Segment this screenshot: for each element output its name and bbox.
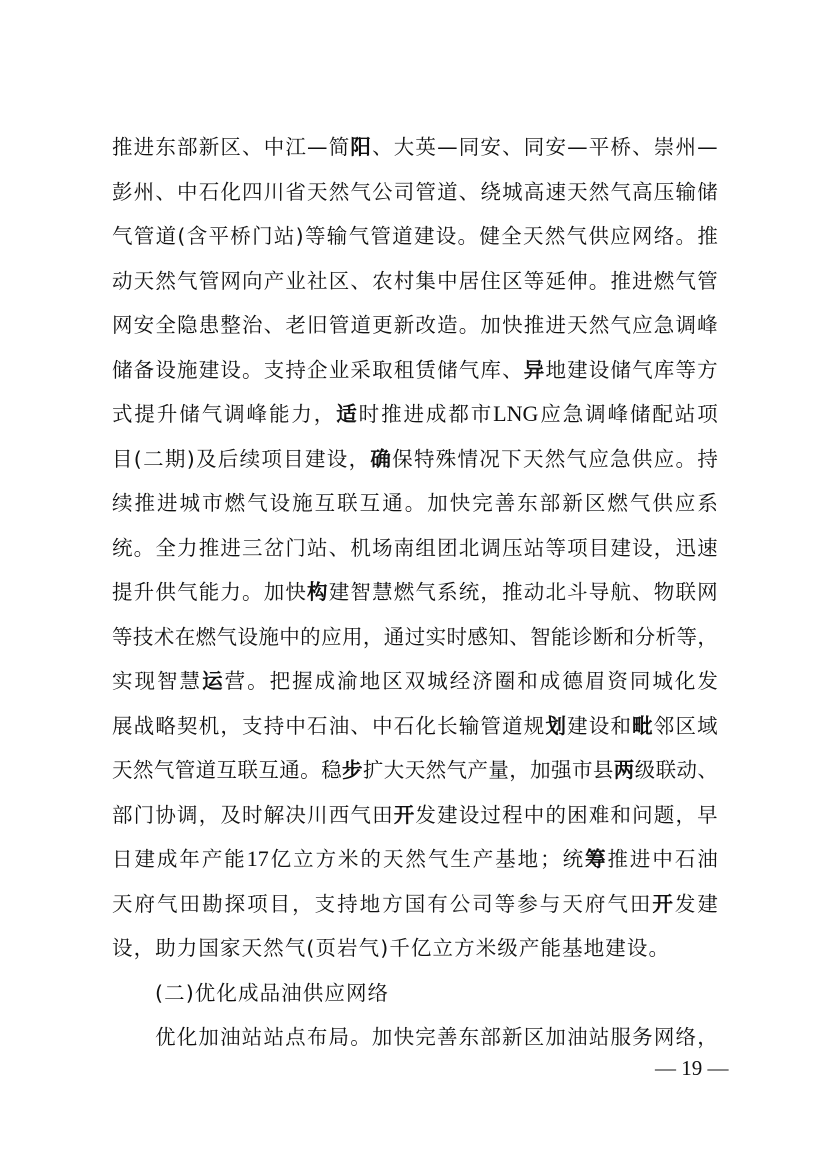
text-char: 天: [307, 176, 328, 208]
text-char: 目: [112, 443, 133, 475]
text-char: 设: [155, 354, 176, 386]
text-char: 输: [327, 220, 348, 252]
emphasis-char: 筹: [585, 843, 606, 875]
text-char: 。: [134, 532, 155, 564]
text-char: 慧: [180, 665, 201, 697]
text-char: 油: [567, 1021, 588, 1053]
text-char: 设: [270, 487, 291, 519]
text-char: 区: [382, 665, 403, 697]
text-char: 进: [630, 843, 651, 875]
text-char: 能: [551, 621, 572, 653]
text-char: 供: [155, 576, 176, 608]
text-line: 展战略契机，支持中石油、中石化长输管道规划建设和毗邻区域: [112, 710, 718, 755]
text-char: 。: [458, 220, 479, 252]
text-char: 燃: [196, 621, 217, 653]
text-char: 东: [517, 487, 538, 519]
text-char: 析: [656, 621, 677, 653]
text-char: 建: [305, 443, 326, 475]
text-char: ，: [697, 1021, 718, 1053]
text-char: 过: [480, 799, 501, 831]
text-char: 储: [112, 354, 133, 386]
text-char: 区: [220, 131, 241, 163]
text-char: 网: [112, 309, 133, 341]
text-char: 圈: [495, 665, 516, 697]
text-char: 等: [112, 621, 133, 653]
text-char: 地: [360, 888, 381, 920]
text-char: 天: [242, 932, 263, 964]
text-char: 燃: [394, 576, 415, 608]
text-char: 居: [459, 265, 480, 297]
text-char: 情: [458, 443, 479, 475]
text-char: 储: [610, 354, 631, 386]
text-char: 进: [220, 532, 241, 564]
text-char: 气: [350, 176, 371, 208]
emphasis-char: 运: [202, 665, 223, 697]
text-char: 济: [472, 665, 493, 697]
text-char: 管: [480, 710, 501, 742]
text-char: 慧: [372, 576, 393, 608]
text-char: 成: [540, 665, 561, 697]
text-char: 含: [187, 220, 208, 252]
text-char: 中: [177, 176, 198, 208]
text-char: 。: [589, 265, 610, 297]
text-char: 时: [359, 398, 380, 430]
text-char: 东: [459, 1021, 480, 1053]
text-char: 推: [697, 220, 718, 252]
text-char: ): [296, 220, 304, 252]
text-char: 团: [437, 532, 458, 564]
text-char: ，: [654, 532, 675, 564]
text-char: 、: [502, 354, 523, 386]
text-char: 建: [199, 354, 220, 386]
text-char: 、: [264, 309, 285, 341]
text-char: 库: [480, 354, 501, 386]
text-char: 峰: [247, 398, 268, 430]
text-char: 后: [218, 443, 239, 475]
text-char: 及: [220, 799, 241, 831]
text-char: 业: [285, 265, 306, 297]
text-char: 完: [472, 487, 493, 519]
text-char: 提: [134, 398, 155, 430]
text-char: 司: [394, 176, 415, 208]
text-char: 略: [155, 710, 176, 742]
text-char: 伸: [567, 265, 588, 297]
text-char: 二: [164, 977, 185, 1009]
text-char: 产: [202, 843, 223, 875]
text-char: 气: [610, 309, 631, 341]
body-text: 推进东部新区、中江—简阳、大英—同安、同安—平桥、崇州—彭州、中石化四川省天然气…: [112, 131, 718, 1066]
text-char: 取: [372, 354, 393, 386]
text-char: 感: [467, 621, 488, 653]
text-char: 项: [247, 888, 268, 920]
text-char: 油: [697, 843, 718, 875]
text-char: 络: [368, 977, 389, 1009]
text-char: ，: [199, 799, 220, 831]
text-char: 用: [342, 621, 363, 653]
text-char: 的: [545, 799, 566, 831]
text-char: 。: [350, 1021, 371, 1053]
text-char: 农: [372, 265, 393, 297]
text-char: 推: [610, 265, 631, 297]
text-char: 题: [654, 799, 675, 831]
text-char: 米: [338, 843, 359, 875]
text-char: 公: [450, 888, 471, 920]
text-char: 调: [675, 309, 696, 341]
emphasis-char: 两: [614, 754, 635, 786]
text-char: 安: [134, 309, 155, 341]
text-line: 目(二期)及后续项目建设，确保特殊情况下天然气应急供应。持: [112, 443, 718, 488]
text-char: 燃: [607, 487, 628, 519]
text-char: 联: [656, 754, 677, 786]
text-char: 参: [517, 888, 538, 920]
text-char: 租: [394, 354, 415, 386]
text-char: 迅: [675, 532, 696, 564]
text-char: ，: [480, 576, 501, 608]
text-char: 新: [562, 487, 583, 519]
text-char: 、: [697, 754, 718, 786]
text-char: 新: [394, 309, 415, 341]
text-char: ，: [697, 621, 718, 653]
emphasis-char: 异: [524, 354, 545, 386]
text-char: 智: [530, 621, 551, 653]
text-line: 气管道(含平桥门站)等输气管道建设。健全天然气供应网络。推: [112, 220, 718, 265]
text-char: 优: [195, 977, 216, 1009]
text-char: 、: [329, 532, 350, 564]
text-char: 场: [372, 532, 393, 564]
text-char: 成: [238, 977, 259, 1009]
text-char: 设: [112, 932, 133, 964]
text-char: 过: [405, 621, 426, 653]
text-char: 。: [300, 754, 321, 786]
text-char: 备: [134, 354, 155, 386]
text-char: 德: [562, 665, 583, 697]
text-char: 府: [585, 888, 606, 920]
text-char: 。: [676, 220, 697, 252]
text-char: 动: [524, 576, 545, 608]
text-char: 气: [247, 487, 268, 519]
text-char: 目: [589, 532, 610, 564]
text-char: 络: [676, 1021, 697, 1053]
text-char: 应: [321, 621, 342, 653]
text-char: 设: [459, 799, 480, 831]
text-char: 彭: [112, 176, 133, 208]
text-char: 通: [382, 487, 403, 519]
text-char: 互: [258, 754, 279, 786]
text-line: 储备设施建设。支持企业采取租赁储气库、异地建设储气库等方: [112, 354, 718, 399]
text-char: 全: [155, 309, 176, 341]
text-char: 平: [589, 131, 610, 163]
text-char: 应: [588, 443, 609, 475]
text-char: 快: [394, 1021, 415, 1053]
text-char: 况: [479, 443, 500, 475]
text-char: 、: [372, 131, 393, 163]
text-char: 油: [281, 977, 302, 1009]
text-char: 契: [177, 710, 198, 742]
text-char: 站: [307, 532, 328, 564]
text-char: 天: [523, 443, 544, 475]
text-char: 施: [258, 621, 279, 653]
text-char: 生: [450, 843, 471, 875]
text-run: LNG: [493, 398, 538, 430]
emphasis-char: 步: [342, 754, 363, 786]
text-char: 通: [279, 754, 300, 786]
text-char: 造: [437, 309, 458, 341]
text-char: 和: [614, 621, 635, 653]
text-char: 安: [480, 131, 501, 163]
text-char: 设: [237, 621, 258, 653]
text-char: 公: [372, 176, 393, 208]
text-char: 支: [315, 888, 336, 920]
text-char: 力: [291, 398, 312, 430]
emphasis-char: 开: [394, 799, 415, 831]
text-char: 持: [264, 710, 285, 742]
text-char: 西: [329, 799, 350, 831]
text-char: 升: [134, 576, 155, 608]
text-char: 、: [632, 131, 653, 163]
text-char: 更: [372, 309, 393, 341]
text-char: 天: [405, 754, 426, 786]
text-char: 、: [242, 131, 263, 163]
text-char: 基: [562, 932, 583, 964]
text-char: ): [187, 443, 195, 475]
text-char: 统: [563, 843, 584, 875]
text-line: 天然气管道互联互通。稳步扩大天然气产量，加强市县两级联动、: [112, 754, 718, 799]
text-char: 设: [589, 354, 610, 386]
text-char: 天: [567, 176, 588, 208]
text-char: 布: [307, 1021, 328, 1053]
text-char: ，: [349, 443, 370, 475]
text-char: 然: [589, 176, 610, 208]
text-char: 续: [240, 443, 261, 475]
text-char: 部: [112, 799, 133, 831]
text-char: 气: [630, 487, 651, 519]
text-char: 石: [675, 843, 696, 875]
text-char: 同: [459, 131, 480, 163]
text-char: 。: [459, 309, 480, 341]
text-char: 天: [134, 265, 155, 297]
text-char: 推: [607, 843, 628, 875]
text-char: 四: [242, 176, 263, 208]
text-char: 展: [112, 710, 133, 742]
text-char: 治: [242, 309, 263, 341]
text-char: 方: [454, 932, 475, 964]
text-char: 气: [154, 754, 175, 786]
text-char: 智: [157, 665, 178, 697]
text-char: 网: [654, 1021, 675, 1053]
text-char: 高: [632, 176, 653, 208]
text-char: 实: [112, 665, 133, 697]
text-char: 府: [135, 888, 156, 920]
text-char: 方: [697, 354, 718, 386]
text-char: 然: [545, 443, 566, 475]
text-char: 在: [175, 621, 196, 653]
text-char: 的: [300, 621, 321, 653]
text-char: 配: [652, 398, 673, 430]
text-char: 石: [394, 710, 415, 742]
text-char: 门: [285, 532, 306, 564]
text-char: 供: [632, 443, 653, 475]
text-char: 同: [524, 131, 545, 163]
text-char: 田: [372, 799, 393, 831]
text-char: 地: [360, 665, 381, 697]
text-line: 网安全隐患整治、老旧管道更新改造。加快推进天然气应急调峰: [112, 309, 718, 354]
text-char: 眉: [585, 665, 606, 697]
text-char: 气: [567, 220, 588, 252]
text-char: 渝: [337, 665, 358, 697]
text-char: 力: [177, 532, 198, 564]
text-char: 新: [502, 1021, 523, 1053]
text-char: 强: [551, 754, 572, 786]
text-char: 加: [427, 487, 448, 519]
text-char: 区: [585, 487, 606, 519]
text-char: 点: [285, 1021, 306, 1053]
text-char: 老: [285, 309, 306, 341]
text-char: 设: [220, 354, 241, 386]
text-char: 川: [307, 799, 328, 831]
text-char: 施: [177, 354, 198, 386]
text-char: 目: [283, 443, 304, 475]
text-char: 天: [567, 309, 588, 341]
text-char: 局: [329, 1021, 350, 1053]
text-char: 动: [676, 754, 697, 786]
text-char: 级: [497, 932, 518, 964]
text-char: 健: [479, 220, 500, 252]
text-char: 双: [405, 665, 426, 697]
text-char: 天: [383, 843, 404, 875]
text-char: 力: [220, 576, 241, 608]
text-char: (: [155, 977, 163, 1009]
text-char: 峰: [697, 309, 718, 341]
text-char: 化: [415, 710, 436, 742]
text-char: 省: [285, 176, 306, 208]
text-char: 、: [632, 576, 653, 608]
text-char: 地: [518, 843, 539, 875]
text-char: 中: [372, 710, 393, 742]
text-char: 管: [415, 176, 436, 208]
text-char: 动: [112, 265, 133, 297]
text-char: 营: [225, 665, 246, 697]
text-char: 绕: [480, 176, 501, 208]
text-char: 。: [242, 354, 263, 386]
text-char: 斗: [567, 576, 588, 608]
text-char: 项: [567, 532, 588, 564]
text-char: 城: [502, 176, 523, 208]
text-char: 旧: [307, 309, 328, 341]
text-char: 、: [502, 131, 523, 163]
text-char: 压: [502, 532, 523, 564]
text-char: 速: [545, 176, 566, 208]
text-char: 峰: [608, 398, 629, 430]
text-char: 家: [220, 932, 241, 964]
text-char: (: [134, 443, 142, 475]
text-char: (: [177, 220, 185, 252]
text-char: 赁: [415, 354, 436, 386]
text-line: 推进东部新区、中江—简阳、大英—同安、同安—平桥、崇州—: [112, 131, 718, 176]
text-char: 气: [359, 932, 380, 964]
text-char: 隐: [177, 309, 198, 341]
text-char: 勘: [202, 888, 223, 920]
text-char: 川: [264, 176, 285, 208]
text-char: 调: [177, 799, 198, 831]
document-page: 推进东部新区、中江—简阳、大英—同安、同安—平桥、崇州—彭州、中石化四川省天然气…: [0, 0, 827, 1169]
text-char: 升: [157, 398, 178, 430]
text-char: 加: [545, 1021, 566, 1053]
text-char: 产: [519, 932, 540, 964]
text-char: 。: [676, 443, 697, 475]
text-char: 州: [134, 176, 155, 208]
text-char: 困: [567, 799, 588, 831]
text-char: 道: [196, 754, 217, 786]
text-char: 实: [426, 621, 447, 653]
text-char: 设: [327, 443, 348, 475]
text-char: 进: [632, 265, 653, 297]
text-char: ，: [134, 932, 155, 964]
text-char: 等: [495, 888, 516, 920]
text-char: —: [437, 131, 458, 163]
text-char: 能: [199, 576, 220, 608]
text-char: 供: [303, 977, 324, 1009]
text-char: 、: [459, 176, 480, 208]
text-char: 患: [199, 309, 220, 341]
text-char: 管: [175, 754, 196, 786]
text-char: 推: [381, 398, 402, 430]
text-char: 气: [607, 888, 628, 920]
text-char: 建: [134, 843, 155, 875]
text-char: 项: [261, 443, 282, 475]
text-char: 千: [389, 932, 410, 964]
text-char: 安: [545, 131, 566, 163]
text-line: 提升供气能力。加快构建智慧燃气系统，推动北斗导航、物联网: [112, 576, 718, 621]
text-char: 程: [502, 799, 523, 831]
text-char: 。: [242, 576, 263, 608]
text-line: 等技术在燃气设施中的应用，通过实时感知、智能诊断和分析等，: [112, 621, 718, 666]
text-char: 完: [415, 1021, 436, 1053]
text-char: 能: [224, 843, 245, 875]
text-char: 和: [610, 799, 631, 831]
text-char: 气: [675, 265, 696, 297]
text-char: 门: [134, 799, 155, 831]
text-char: 期: [165, 443, 186, 475]
text-char: 航: [610, 576, 631, 608]
text-char: —: [307, 131, 328, 163]
text-char: 智: [350, 576, 371, 608]
text-char: 网: [697, 576, 718, 608]
text-line: 统。全力推进三岔门站、机场南组团北调压站等项目建设，迅速: [112, 532, 718, 577]
text-char: 田: [630, 888, 651, 920]
text-char: 应: [654, 443, 675, 475]
text-char: 日: [112, 843, 133, 875]
text-char: 整: [220, 309, 241, 341]
text-char: 立: [433, 932, 454, 964]
text-char: 战: [134, 710, 155, 742]
text-char: 建: [697, 888, 718, 920]
text-char: 施: [292, 487, 313, 519]
text-char: 部: [480, 1021, 501, 1053]
text-char: 经: [450, 665, 471, 697]
text-char: 石: [307, 710, 328, 742]
text-char: 调: [224, 398, 245, 430]
text-char: 殊: [436, 443, 457, 475]
text-char: 稳: [321, 754, 342, 786]
text-char: 成: [157, 843, 178, 875]
text-char: 互: [217, 754, 238, 786]
text-char: —: [567, 131, 588, 163]
text-char: 下: [501, 443, 522, 475]
text-char: 联: [675, 576, 696, 608]
text-char: ，: [675, 799, 696, 831]
text-char: 中: [437, 265, 458, 297]
text-char: 大: [394, 131, 415, 163]
